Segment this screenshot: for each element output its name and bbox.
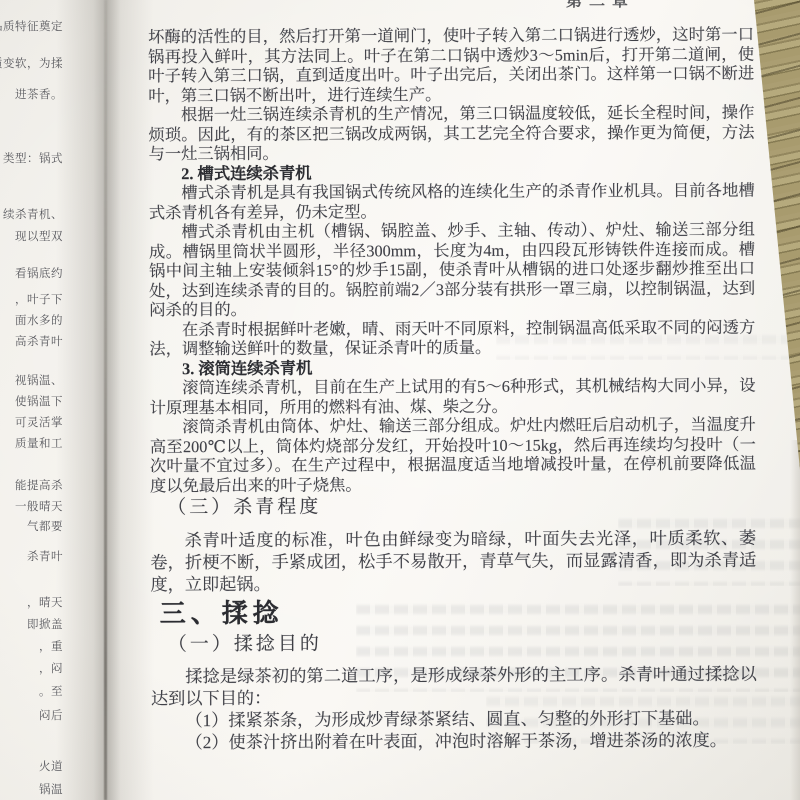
left-page-fragment: 现以型双 <box>15 228 63 244</box>
left-page-fragment: 面水多的 <box>15 312 63 328</box>
left-page-fragment: 可灵活掌 <box>15 414 63 430</box>
left-page-fragment: 一般晴天 <box>15 498 63 514</box>
left-page-fragment: ，重 <box>39 638 63 654</box>
left-page-fragment: 使锅温下 <box>15 393 63 409</box>
left-page-fragment: 质变软，为揉 <box>0 55 63 71</box>
list-item-1: （1）揉紧茶条，为形成炒青绿茶紧结、圆直、匀整的外形打下基础。 <box>151 708 757 733</box>
left-page-fragment: 火道 <box>39 758 63 774</box>
left-page-fragment: 续杀青机、 <box>3 206 63 222</box>
left-page-fragment: 高杀青叶 <box>15 333 63 349</box>
left-page-fragment: ，闷 <box>39 660 63 676</box>
left-page-fragment: ，晴天 <box>27 594 63 610</box>
left-page-fragment: 锅温 <box>39 781 63 797</box>
left-page-fragment: 质量和工 <box>15 435 63 451</box>
page-body-text: 坏酶的活性的目，然后打开第一道闸门，使叶子转入第二口锅进行透炒，这时第一口锅再投… <box>148 25 757 755</box>
paragraph-trough-structure: 槽式杀青机由主机（槽锅、锅腔盖、炒手、主轴、传动）、炉灶、输送三部分组成。槽锅里… <box>149 220 755 320</box>
list-item-2: （2）使茶汁挤出附着在叶表面，冲泡时溶解于茶汤，增进茶汤的浓度。 <box>151 730 757 755</box>
heading-rolling-purpose: （一）揉捻目的 <box>151 630 757 658</box>
left-page-fragment: 视锅温、 <box>15 372 63 388</box>
paragraph-drum-operation: 滚筒杀青机由筒体、炉灶、输送三部分组成。炉灶内燃旺后启动机子，当温度升高至200… <box>150 415 756 496</box>
left-page-fragment: 杀青叶 <box>27 548 63 564</box>
heading-fixation-degree: （三）杀青程度 <box>150 493 756 521</box>
paragraph-fixation-degree: 杀青叶适度的标准，叶色由鲜绿变为暗绿，叶面失去光泽，叶质柔软、萎卷，折梗不断，手… <box>150 528 756 597</box>
left-page-fragment: 闷后 <box>39 707 63 723</box>
left-page: 品质特征奠定 质变软，为揉 进茶香。 类型：锅式 续杀青机、 现以型双 看锅底约… <box>0 0 66 800</box>
paragraph-continuation: 坏酶的活性的目，然后打开第一道闸门，使叶子转入第二口锅进行透炒，这时第一口锅再投… <box>148 25 754 106</box>
left-page-fragment: 类型：锅式 <box>3 150 63 166</box>
paragraph-trough-intro: 槽式杀青机是具有我国锅式传统风格的连续化生产的杀青作业机具。目前各地槽式杀青机各… <box>149 181 755 223</box>
left-page-fragment: ，叶子下 <box>15 291 63 307</box>
book-photo: 品质特征奠定 质变软，为揉 进茶香。 类型：锅式 续杀青机、 现以型双 看锅底约… <box>0 0 800 800</box>
left-page-fragment: 。至 <box>39 683 63 699</box>
heading-rolling-section: 三、揉捻 <box>150 594 756 633</box>
right-page: 第二章 坏酶的活性的目，然后打开第一道闸门，使叶子转入第二口锅进行透炒，这时第一… <box>66 0 800 800</box>
paragraph-drum-intro: 滚筒连续杀青机，目前在生产上试用的有5～6种形式，其机械结构大同小异，设计原理基… <box>150 376 756 418</box>
left-page-fragment: 进茶香。 <box>15 86 63 102</box>
paragraph-rolling-intro: 揉捻是绿茶初的第二道工序，是形成绿茶外形的主工序。杀青叶通过揉捻以达到以下目的： <box>151 664 757 711</box>
left-page-fragment: 看锅底约 <box>15 265 63 281</box>
heading-trough-type-machine: 2. 槽式连续杀青机 <box>149 161 755 183</box>
running-header-fragment: 第二章 <box>566 0 635 11</box>
left-page-fragment: 品质特征奠定 <box>0 18 63 34</box>
left-page-fragment: 能提高杀 <box>15 477 63 493</box>
left-page-fragment: 即掀盖 <box>27 616 63 632</box>
paragraph-trough-quality: 在杀青时根据鲜叶老嫩，晴、雨天叶不同原料，控制锅温高低采取不同的闷透方法，调整输… <box>149 317 755 359</box>
heading-drum-type-machine: 3. 滚筒连续杀青机 <box>149 356 755 378</box>
paragraph-one-stove-three-pans: 根据一灶三锅连续杀青机的生产情况，第三口锅温度较低，延长全程时间，操作烦琐。因此… <box>148 103 754 164</box>
left-page-fragment: 气都要 <box>27 518 63 534</box>
